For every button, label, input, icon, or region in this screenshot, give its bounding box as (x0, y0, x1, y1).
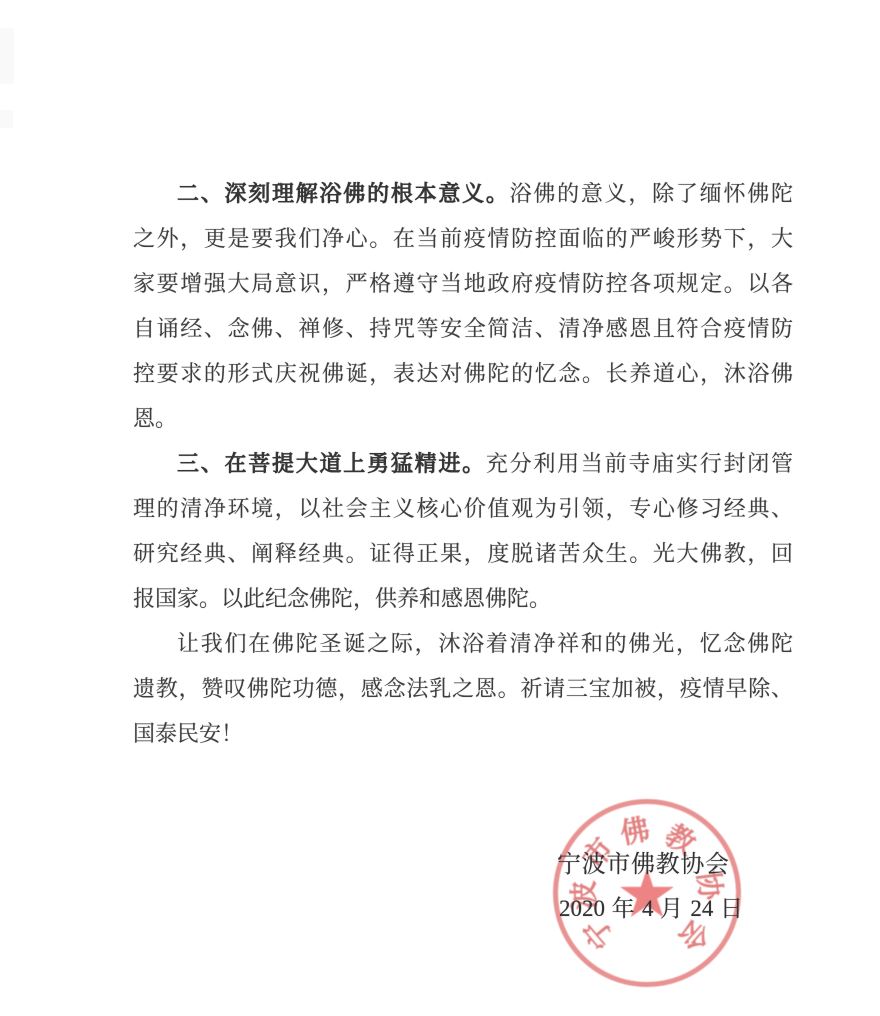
scan-artifact (0, 110, 13, 128)
document-line: 让我们在佛陀圣诞之际，沐浴着清净祥和的佛光，忆念佛陀 (133, 621, 793, 666)
paragraph-heading: 二、深刻理解浴佛的根本意义。 (177, 181, 510, 206)
document-line: 控要求的形式庆祝佛诞，表达对佛陀的忆念。长养道心，沐浴佛 (133, 351, 793, 396)
document-line: 报国家。以此纪念佛陀，供养和感恩佛陀。 (133, 576, 793, 621)
document-line: 理的清净环境，以社会主义核心价值观为引领，专心修习经典、 (133, 486, 793, 531)
line-text: 浴佛的意义，除了缅怀佛陀 (510, 181, 793, 206)
date-line: 2020 年 4 月 24 日 (559, 896, 743, 922)
seal-arc-char: 佛 (618, 815, 653, 850)
scan-artifact (0, 28, 14, 84)
document-line: 三、在菩提大道上勇猛精进。充分利用当前寺庙实行封闭管 (133, 441, 793, 486)
document-line: 家要增强大局意识，严格遵守当地政府疫情防控各项规定。以各 (133, 261, 793, 306)
document-line: 国泰民安！ (133, 711, 793, 756)
document-line: 之外，更是要我们净心。在当前疫情防控面临的严峻形势下，大 (133, 216, 793, 261)
document-line: 自诵经、念佛、禅修、持咒等安全简洁、清净感恩且符合疫情防 (133, 306, 793, 351)
paragraph-heading: 三、在菩提大道上勇猛精进。 (177, 451, 486, 476)
document-body: 二、深刻理解浴佛的根本意义。浴佛的意义，除了缅怀佛陀 之外，更是要我们净心。在当… (133, 171, 793, 756)
scanned-document-page: 二、深刻理解浴佛的根本意义。浴佛的意义，除了缅怀佛陀 之外，更是要我们净心。在当… (0, 0, 880, 1016)
document-line: 二、深刻理解浴佛的根本意义。浴佛的意义，除了缅怀佛陀 (133, 171, 793, 216)
document-line: 研究经典、阐释经典。证得正果，度脱诸苦众生。光大佛教，回 (133, 531, 793, 576)
official-seal: 宁 波 市 佛 教 协 会 (553, 799, 741, 987)
signature-line: 宁波市佛教协会 (557, 851, 729, 879)
line-text: 充分利用当前寺庙实行封闭管 (486, 451, 793, 476)
document-line: 遗教，赞叹佛陀功德，感念法乳之恩。祈请三宝加被，疫情早除、 (133, 666, 793, 711)
document-line: 恩。 (133, 396, 793, 441)
